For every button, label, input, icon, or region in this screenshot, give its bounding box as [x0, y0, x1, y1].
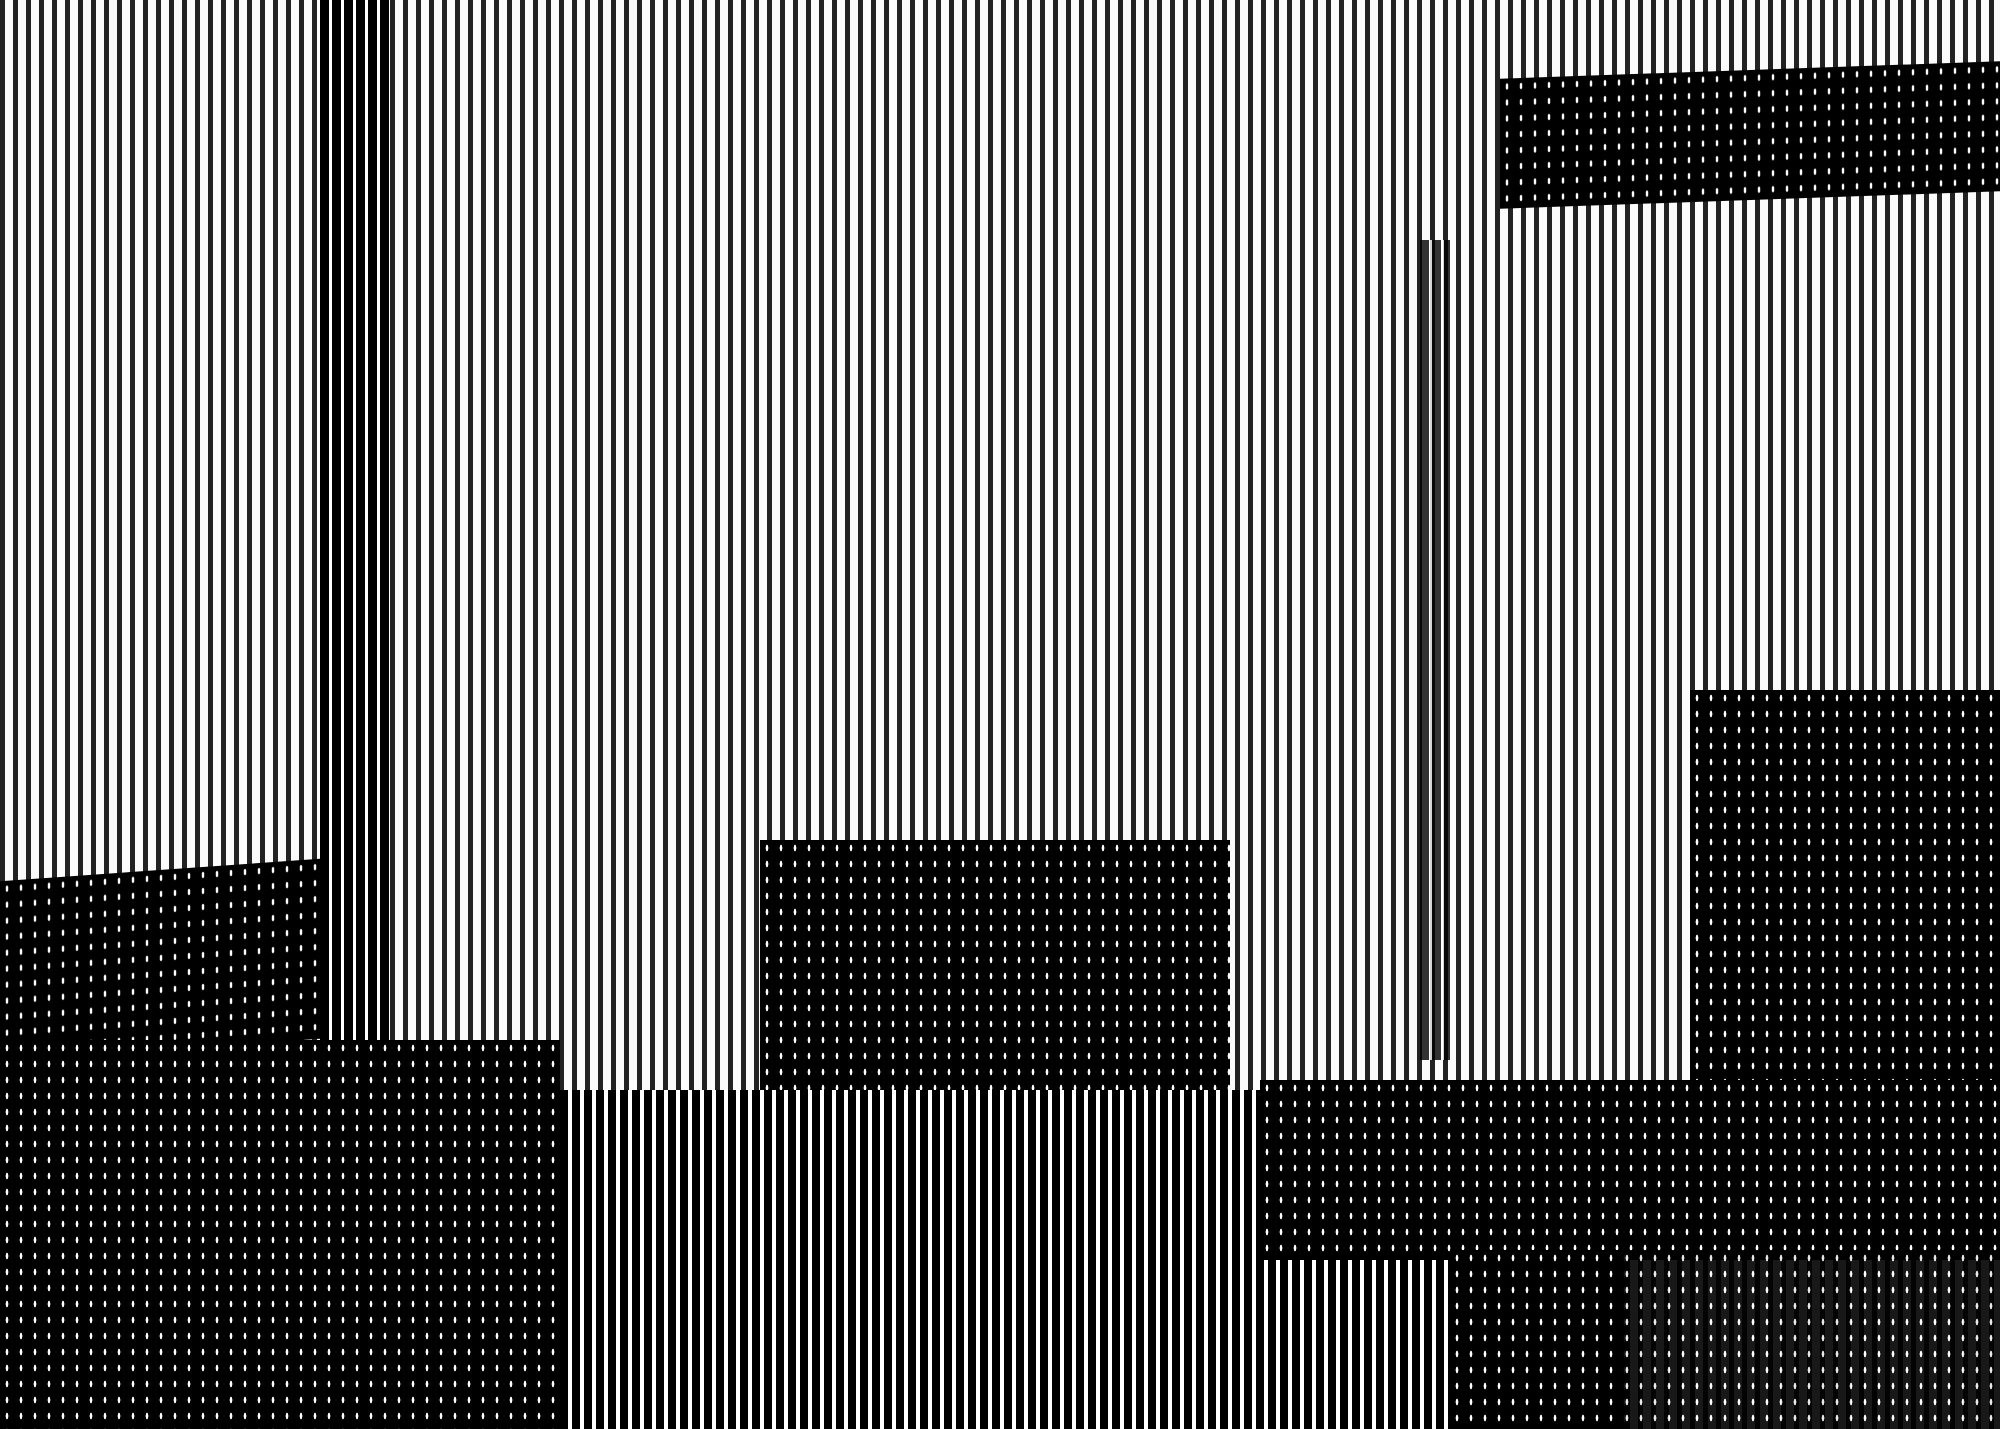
right-cabinet: [1690, 690, 2000, 1090]
right-foreground-leg: [1450, 1250, 1630, 1429]
right-foreground-table: [1260, 1080, 2000, 1260]
thin-post: [1420, 240, 1450, 1060]
right-foreground-block: [1620, 1250, 2000, 1429]
center-dark-box: [760, 840, 1230, 1100]
left-foreground-base: [0, 1040, 560, 1429]
vertical-post: [320, 0, 390, 1110]
left-foreground-object: [0, 859, 320, 1061]
top-right-shelf: [1500, 61, 2000, 208]
halftone-photograph: [0, 0, 2000, 1429]
